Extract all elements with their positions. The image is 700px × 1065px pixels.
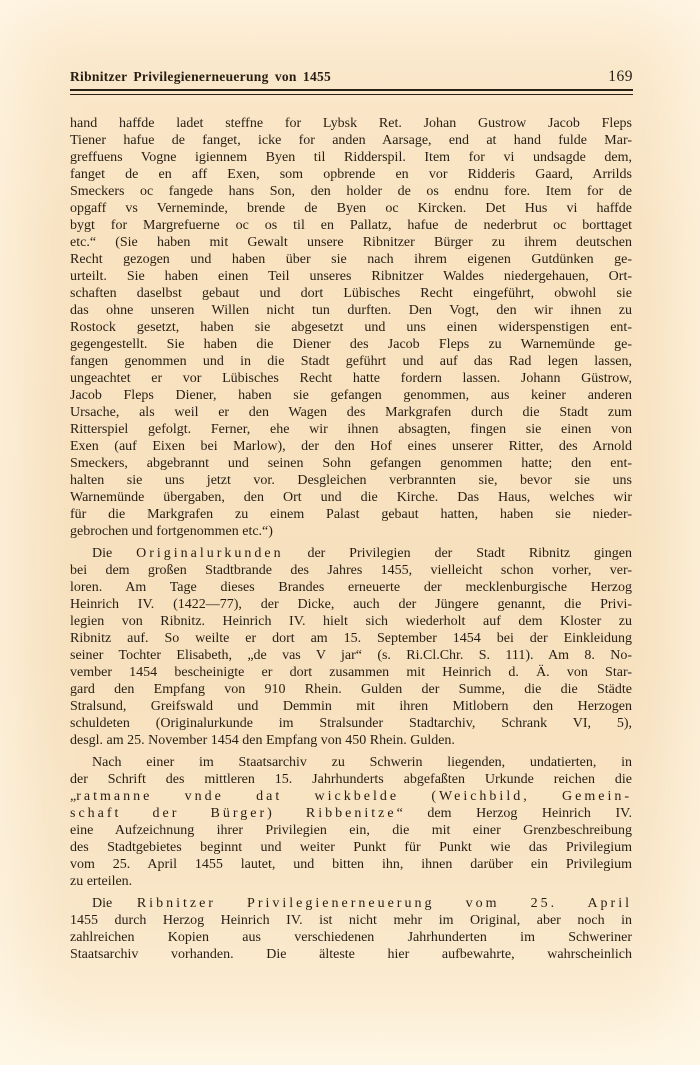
text-segment: schaften daselbst gebaut und dort Lübisc… (70, 286, 632, 301)
text-segment: Stralsund, Greifswald und Demmin mit ihr… (70, 699, 632, 714)
text-segment: Ritterspiel gefolgt. Ferner, ehe wir ihn… (70, 422, 632, 437)
text-segment: hand haffde ladet steffne for Lybsk Ret.… (70, 116, 632, 131)
text-segment: Die (92, 546, 136, 561)
text-segment: Ursache, als weil er den Wagen des Markg… (70, 405, 632, 420)
text-segment: der Schrift des mittleren 15. Jahrhunder… (70, 772, 632, 787)
text-line: schuldeten (Originalurkunde im Stralsund… (70, 715, 632, 732)
text-segment: Die (92, 896, 137, 911)
text-segment: loren. Am Tage dieses Brandes erneuerte … (70, 580, 632, 595)
text-line: Staatsarchiv vorhanden. Die älteste hier… (70, 946, 632, 963)
text-line: opgaff vs Verneminde, brende de Byen oc … (70, 200, 632, 217)
page-number: 169 (608, 68, 633, 86)
text-segment: Smeckers, abgebrannt und seinen Sohn gef… (70, 456, 632, 471)
letterspaced-text: ratmanne vnde dat wickbelde (Weichbild, … (76, 789, 632, 804)
text-line: legien von Ribnitz. Heinrich IV. hielt s… (70, 613, 632, 630)
text-segment: Tiener hafue de fanget, icke for anden A… (70, 133, 632, 148)
text-line: 1455 durch Herzog Heinrich IV. ist nicht… (70, 912, 632, 929)
text-line: bygt for Margrefuerne oc os til en Palla… (70, 217, 632, 234)
text-line: halten sie uns jetzt vor. Desgleichen ve… (70, 472, 632, 489)
text-line: gebrochen und fortgenommen etc.“) (70, 523, 632, 540)
text-line: Smeckers, abgebrannt und seinen Sohn gef… (70, 455, 632, 472)
text-segment: Smeckers oc fangede hans Son, den holder… (70, 184, 632, 199)
text-segment: urteilt. Sie haben einen Teil unseres Ri… (70, 269, 632, 284)
text-line: der Schrift des mittleren 15. Jahrhunder… (70, 771, 632, 788)
text-line: urteilt. Sie haben einen Teil unseres Ri… (70, 268, 632, 285)
text-line: ungeachtet er vor Lübisches Recht hatte … (70, 370, 632, 387)
text-segment: eine Aufzeichnung ihrer Privilegien ein,… (70, 823, 632, 838)
text-line: Ursache, als weil er den Wagen des Markg… (70, 404, 632, 421)
text-segment: Rostock gesetzt, haben sie abgesetzt und… (70, 320, 632, 335)
page-body: hand haffde ladet steffne for Lybsk Ret.… (70, 115, 632, 963)
paragraph: Die Ribnitzer Privilegienerneuerung vom … (70, 895, 632, 963)
text-segment: für die Markgrafen zu einem Palast gebau… (70, 507, 632, 522)
text-line: Die Ribnitzer Privilegienerneuerung vom … (70, 895, 632, 912)
text-segment: seiner Tochter Elisabeth, „de vas V jar“… (70, 648, 632, 663)
text-line: Nach einer im Staatsarchiv zu Schwerin l… (70, 754, 632, 771)
text-line: des Stadtgebietes beginnt und weiter Pun… (70, 839, 632, 856)
text-segment: Staatsarchiv vorhanden. Die älteste hier… (70, 947, 632, 962)
text-segment: etc.“ (Sie haben mit Gewalt unsere Ribni… (70, 235, 632, 250)
text-segment: Jacob Fleps Diener, haben sie gefangen g… (70, 388, 632, 403)
text-line: bei dem großen Stadtbrande des Jahres 14… (70, 562, 632, 579)
text-line: etc.“ (Sie haben mit Gewalt unsere Ribni… (70, 234, 632, 251)
text-segment: gebrochen und fortgenommen etc.“) (70, 524, 273, 539)
text-segment: Nach einer im Staatsarchiv zu Schwerin l… (92, 755, 632, 770)
text-line: Stralsund, Greifswald und Demmin mit ihr… (70, 698, 632, 715)
text-segment: fanget de en aff Exen, som opbrende en v… (70, 167, 632, 182)
text-line: schaft der Bürger) Ribbenitze“ dem Herzo… (70, 805, 632, 822)
letterspaced-text: schaft der Bürger) Ribbenitze (70, 806, 397, 821)
paragraph: hand haffde ladet steffne for Lybsk Ret.… (70, 115, 632, 540)
text-segment: schuldeten (Originalurkunde im Stralsund… (70, 716, 632, 731)
page-header: Ribnitzer Privilegienerneuerung von 1455… (70, 0, 633, 86)
text-segment: bei dem großen Stadtbrande des Jahres 14… (70, 563, 632, 578)
text-segment: vember 1454 bescheinigte er dort zusamme… (70, 665, 632, 680)
text-line: desgl. am 25. November 1454 den Empfang … (70, 732, 632, 749)
text-line: Ritterspiel gefolgt. Ferner, ehe wir ihn… (70, 421, 632, 438)
paragraph: Die Originalurkunden der Privilegien der… (70, 545, 632, 749)
text-segment: greffuens Vogne igiennem Byen til Ridder… (70, 150, 632, 165)
text-segment: der Privilegien der Stadt Ribnitz gingen (284, 546, 632, 561)
text-line: fangen genommen und in die Stadt geführt… (70, 353, 632, 370)
text-line: hand haffde ladet steffne for Lybsk Ret.… (70, 115, 632, 132)
text-line: Ribnitz auf. So weilte er dort am 15. Se… (70, 630, 632, 647)
text-line: gegengestellt. Sie haben die Diener des … (70, 336, 632, 353)
text-line: Heinrich IV. (1422—77), der Dicke, auch … (70, 596, 632, 613)
text-line: schaften daselbst gebaut und dort Lübisc… (70, 285, 632, 302)
text-line: Jacob Fleps Diener, haben sie gefangen g… (70, 387, 632, 404)
text-line: Recht gezogen und haben über sie nach ih… (70, 251, 632, 268)
text-line: Tiener hafue de fanget, icke for anden A… (70, 132, 632, 149)
text-line: zu erteilen. (70, 873, 632, 890)
text-segment: halten sie uns jetzt vor. Desgleichen ve… (70, 473, 632, 488)
text-segment: zu erteilen. (70, 874, 132, 889)
letterspaced-text: Originalurkunden (136, 546, 284, 561)
text-segment: “ dem Herzog Heinrich IV. (397, 806, 632, 821)
text-segment: Recht gezogen und haben über sie nach ih… (70, 252, 632, 267)
text-line: Exen (auf Eixen bei Marlow), der den Hof… (70, 438, 632, 455)
text-segment: desgl. am 25. November 1454 den Empfang … (70, 733, 455, 748)
text-segment: ungeachtet er vor Lübisches Recht hatte … (70, 371, 632, 386)
text-line: für die Markgrafen zu einem Palast gebau… (70, 506, 632, 523)
text-line: „ratmanne vnde dat wickbelde (Weichbild,… (70, 788, 632, 805)
text-line: eine Aufzeichnung ihrer Privilegien ein,… (70, 822, 632, 839)
text-segment: vom 25. April 1455 lautet, und bitten ih… (70, 857, 632, 872)
text-segment: gard den Empfang von 910 Rhein. Gulden d… (70, 682, 632, 697)
text-line: Smeckers oc fangede hans Son, den holder… (70, 183, 632, 200)
text-line: gard den Empfang von 910 Rhein. Gulden d… (70, 681, 632, 698)
text-segment: zahlreichen Kopien aus verschiedenen Jah… (70, 930, 632, 945)
text-line: das ohne unseren Willen nicht tun durfte… (70, 302, 632, 319)
header-double-rule (70, 89, 633, 95)
text-line: zahlreichen Kopien aus verschiedenen Jah… (70, 929, 632, 946)
text-segment: Exen (auf Eixen bei Marlow), der den Hof… (70, 439, 632, 454)
text-segment: bygt for Margrefuerne oc os til en Palla… (70, 218, 632, 233)
text-line: greffuens Vogne igiennem Byen til Ridder… (70, 149, 632, 166)
text-segment: fangen genommen und in die Stadt geführt… (70, 354, 632, 369)
text-segment: legien von Ribnitz. Heinrich IV. hielt s… (70, 614, 632, 629)
text-segment: das ohne unseren Willen nicht tun durfte… (70, 303, 632, 318)
text-segment: Ribnitz auf. So weilte er dort am 15. Se… (70, 631, 632, 646)
running-title: Ribnitzer Privilegienerneuerung von 1455 (70, 69, 331, 85)
paragraph: Nach einer im Staatsarchiv zu Schwerin l… (70, 754, 632, 890)
text-segment: 1455 durch Herzog Heinrich IV. ist nicht… (70, 913, 632, 928)
text-line: Rostock gesetzt, haben sie abgesetzt und… (70, 319, 632, 336)
text-line: Warnemünde übergaben, den Ort und die Ki… (70, 489, 632, 506)
text-line: seiner Tochter Elisabeth, „de vas V jar“… (70, 647, 632, 664)
text-line: loren. Am Tage dieses Brandes erneuerte … (70, 579, 632, 596)
letterspaced-text: Ribnitzer Privilegienerneuerung vom 25. … (137, 896, 632, 911)
text-line: fanget de en aff Exen, som opbrende en v… (70, 166, 632, 183)
text-line: Die Originalurkunden der Privilegien der… (70, 545, 632, 562)
text-segment: des Stadtgebietes beginnt und weiter Pun… (70, 840, 632, 855)
text-segment: opgaff vs Verneminde, brende de Byen oc … (70, 201, 632, 216)
text-segment: Warnemünde übergaben, den Ort und die Ki… (70, 490, 632, 505)
text-segment: Heinrich IV. (1422—77), der Dicke, auch … (70, 597, 632, 612)
text-segment: gegengestellt. Sie haben die Diener des … (70, 337, 632, 352)
text-line: vember 1454 bescheinigte er dort zusamme… (70, 664, 632, 681)
scanned-book-page: Ribnitzer Privilegienerneuerung von 1455… (0, 0, 700, 1065)
text-line: vom 25. April 1455 lautet, und bitten ih… (70, 856, 632, 873)
